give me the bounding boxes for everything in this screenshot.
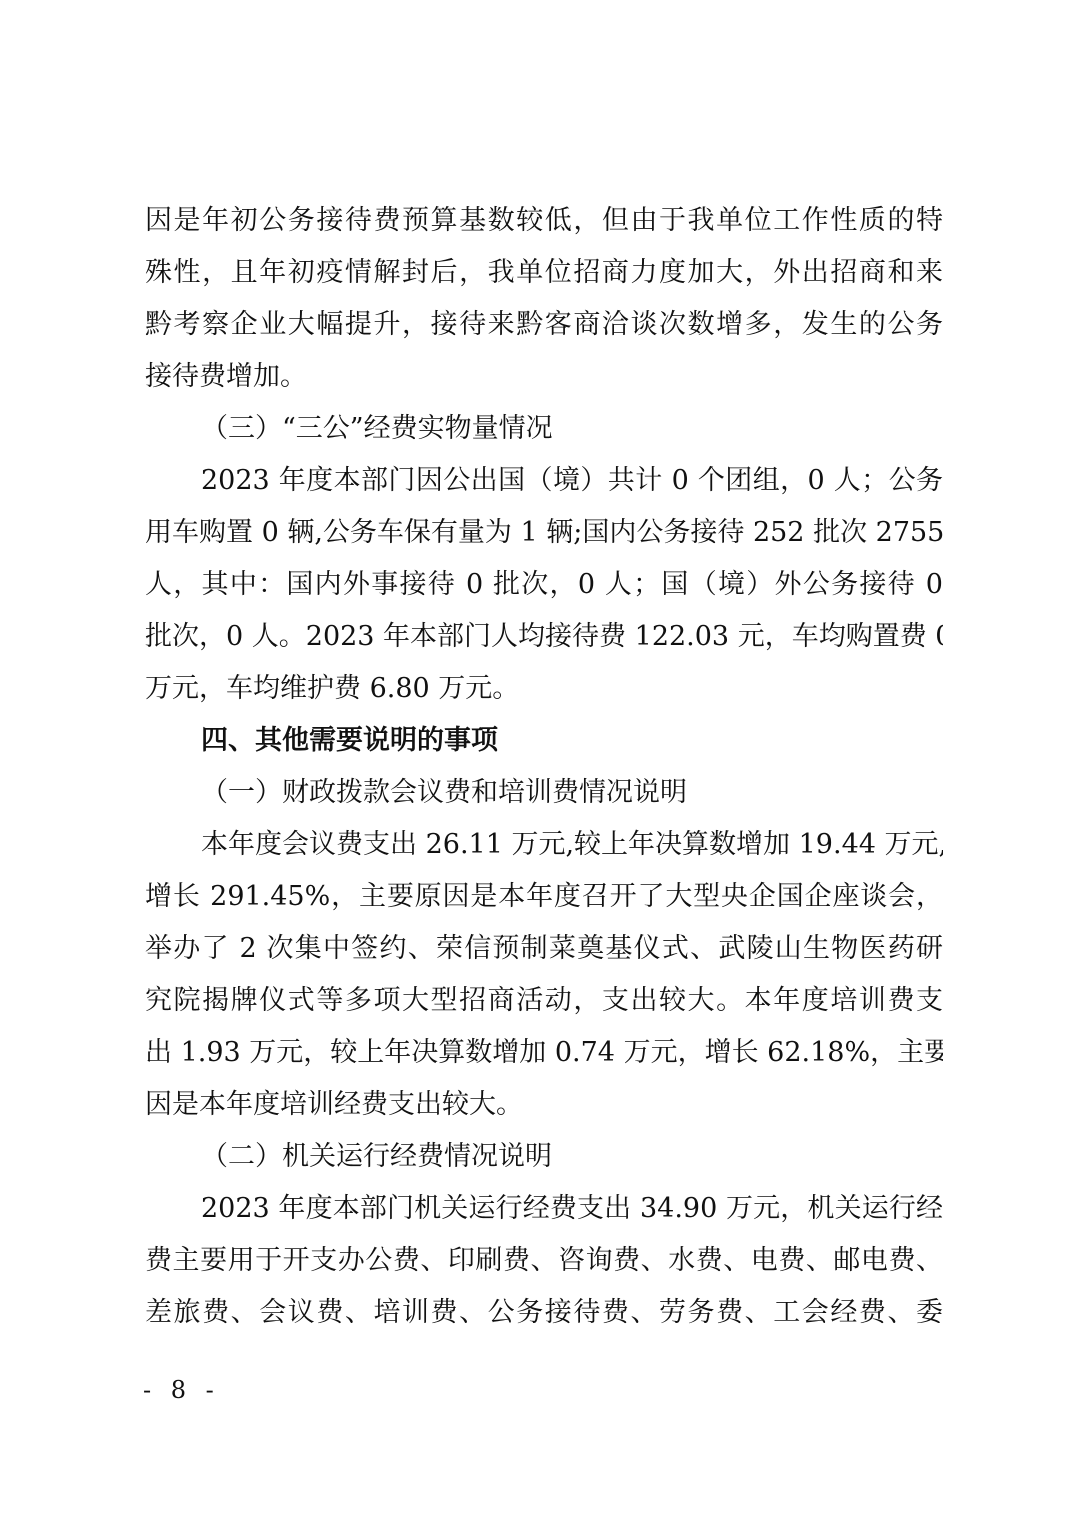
paragraph-line: 2023 年度本部门机关运行经费支出 34.90 万元，机关运行经 [145,1183,943,1235]
paragraph-line: 差旅费、会议费、培训费、公务接待费、劳务费、工会经费、委 [145,1287,943,1339]
section-subheading: （一）财政拨款会议费和培训费情况说明 [145,767,943,819]
paragraph-line: 2023 年度本部门因公出国（境）共计 0 个团组，0 人；公务 [145,455,943,507]
paragraph-line: 费主要用于开支办公费、印刷费、咨询费、水费、电费、邮电费、 [145,1235,943,1287]
paragraph-line: 因是年初公务接待费预算基数较低，但由于我单位工作性质的特 [145,195,943,247]
page-number: - 8 - [143,1376,220,1404]
section-heading: 四、其他需要说明的事项 [145,715,943,767]
section-subheading: （三）“三公”经费实物量情况 [145,403,943,455]
paragraph-line: 出 1.93 万元，较上年决算数增加 0.74 万元，增长 62.18%，主要原 [145,1027,943,1079]
paragraph-line: 批次，0 人。2023 年本部门人均接待费 122.03 元，车均购置费 0 [145,611,943,663]
document-page: 因是年初公务接待费预算基数较低，但由于我单位工作性质的特 殊性，且年初疫情解封后… [145,195,943,1339]
paragraph-line: 举办了 2 次集中签约、荣信预制菜奠基仪式、武陵山生物医药研 [145,923,943,975]
paragraph-line: 增长 291.45%，主要原因是本年度召开了大型央企国企座谈会， [145,871,943,923]
paragraph-line: 本年度会议费支出 26.11 万元,较上年决算数增加 19.44 万元, [145,819,943,871]
paragraph-line: 因是本年度培训经费支出较大。 [145,1079,943,1131]
paragraph-line: 殊性，且年初疫情解封后，我单位招商力度加大，外出招商和来 [145,247,943,299]
paragraph-line: 万元，车均维护费 6.80 万元。 [145,663,943,715]
paragraph-line: 究院揭牌仪式等多项大型招商活动，支出较大。本年度培训费支 [145,975,943,1027]
section-subheading: （二）机关运行经费情况说明 [145,1131,943,1183]
paragraph-line: 人，其中：国内外事接待 0 批次，0 人；国（境）外公务接待 0 [145,559,943,611]
paragraph-line: 用车购置 0 辆,公务车保有量为 1 辆;国内公务接待 252 批次 2755 [145,507,943,559]
paragraph-line: 接待费增加。 [145,351,943,403]
paragraph-line: 黔考察企业大幅提升，接待来黔客商洽谈次数增多，发生的公务 [145,299,943,351]
